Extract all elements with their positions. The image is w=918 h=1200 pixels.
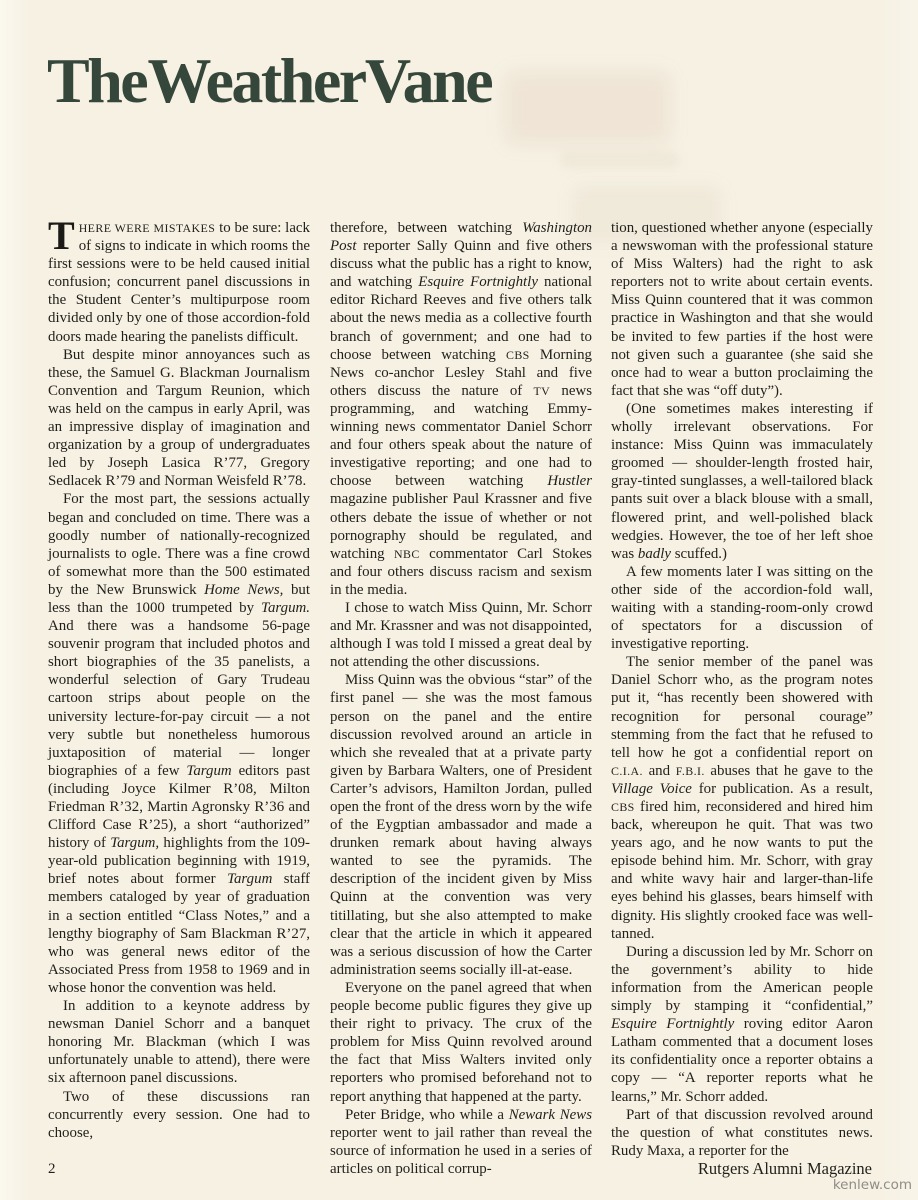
italic-run: Village Voice bbox=[611, 781, 692, 797]
text-run: But despite minor annoyances such as the… bbox=[48, 347, 310, 490]
watermark: kenlew.com bbox=[0, 1177, 912, 1193]
smallcaps-run: CBS bbox=[611, 800, 635, 814]
text-run: for publication. As a result, bbox=[692, 781, 873, 797]
text-run: abuses that he gave to the bbox=[705, 763, 873, 779]
paragraph: (One sometimes makes interesting if whol… bbox=[611, 400, 873, 563]
paragraph: Part of that discussion revolved around … bbox=[611, 1106, 873, 1160]
italic-run: Newark News bbox=[509, 1107, 592, 1123]
text-run: therefore, between watching bbox=[330, 220, 522, 236]
paragraph: Two of these discussions ran concurrentl… bbox=[48, 1088, 310, 1142]
text-run: The senior member of the panel was Danie… bbox=[611, 654, 873, 760]
paragraph: therefore, between watching Washington P… bbox=[330, 219, 592, 599]
text-column-2: therefore, between watching Washington P… bbox=[330, 219, 592, 1178]
text-run: During a discussion led by Mr. Schorr on… bbox=[611, 944, 873, 1014]
text-run: Peter Bridge, who while a bbox=[345, 1107, 509, 1123]
italic-run: badly bbox=[638, 546, 671, 562]
paragraph: Miss Quinn was the obvious “star” of the… bbox=[330, 671, 592, 979]
text-run: to be sure: lack of signs to indicate in… bbox=[48, 220, 310, 345]
paragraph: For the most part, the sessions actually… bbox=[48, 490, 310, 997]
paragraph: The senior member of the panel was Danie… bbox=[611, 653, 873, 943]
italic-run: Targum, bbox=[110, 835, 159, 851]
text-run: staff members cataloged by year of gradu… bbox=[48, 871, 310, 996]
text-run: A few moments later I was sitting on the… bbox=[611, 564, 873, 652]
paragraph: But despite minor annoyances such as the… bbox=[48, 346, 310, 491]
smallcaps-run: C.I.A. bbox=[611, 764, 643, 778]
text-run: In addition to a keynote address by news… bbox=[48, 998, 310, 1086]
text-run: Miss Quinn was the obvious “star” of the… bbox=[330, 672, 592, 978]
text-run: (One sometimes makes interesting if whol… bbox=[611, 401, 873, 562]
italic-run: Targum bbox=[227, 871, 272, 887]
magazine-name: Rutgers Alumni Magazine bbox=[0, 1159, 872, 1179]
smallcaps-run: HERE WERE MISTAKES bbox=[79, 221, 216, 235]
text-run: And there was a handsome 56-page souveni… bbox=[48, 618, 310, 779]
text-run: fired him, reconsidered and hired him ba… bbox=[611, 799, 873, 942]
text-run: Two of these discussions ran concurrentl… bbox=[48, 1089, 310, 1141]
text-column-1: THERE WERE MISTAKES to be sure: lack of … bbox=[48, 219, 310, 1142]
smallcaps-run: F.B.I. bbox=[676, 764, 705, 778]
drop-cap: T bbox=[48, 219, 79, 251]
text-run: scuffed.) bbox=[671, 546, 727, 562]
showthrough-ghost bbox=[560, 152, 680, 168]
text-run: Part of that discussion revolved around … bbox=[611, 1107, 873, 1159]
paragraph: In addition to a keynote address by news… bbox=[48, 997, 310, 1087]
page-title: The Weather Vane bbox=[47, 44, 491, 118]
paragraph: THERE WERE MISTAKES to be sure: lack of … bbox=[48, 219, 310, 346]
smallcaps-run: CBS bbox=[506, 348, 530, 362]
italic-run: Esquire Fortnightly bbox=[418, 274, 538, 290]
paragraph: Everyone on the panel agreed that when p… bbox=[330, 979, 592, 1106]
text-run: I chose to watch Miss Quinn, Mr. Schorr … bbox=[330, 600, 592, 670]
paragraph: During a discussion led by Mr. Schorr on… bbox=[611, 943, 873, 1106]
text-column-3: tion, questioned whether anyone (especia… bbox=[611, 219, 873, 1160]
magazine-page: The Weather Vane THERE WERE MISTAKES to … bbox=[0, 0, 918, 1200]
smallcaps-run: TV bbox=[533, 384, 550, 398]
showthrough-ghost bbox=[505, 72, 670, 144]
italic-run: Targum. bbox=[261, 600, 310, 616]
text-run: and bbox=[643, 763, 676, 779]
text-run: tion, questioned whether anyone (especia… bbox=[611, 220, 873, 399]
italic-run: Esquire Fortnightly bbox=[611, 1016, 734, 1032]
text-run: Everyone on the panel agreed that when p… bbox=[330, 980, 592, 1105]
paragraph: I chose to watch Miss Quinn, Mr. Schorr … bbox=[330, 599, 592, 671]
smallcaps-run: NBC bbox=[394, 547, 420, 561]
italic-run: Targum bbox=[186, 763, 231, 779]
paragraph: tion, questioned whether anyone (especia… bbox=[611, 219, 873, 400]
paragraph: A few moments later I was sitting on the… bbox=[611, 563, 873, 653]
italic-run: Hustler bbox=[547, 473, 592, 489]
italic-run: Home News, bbox=[204, 582, 283, 598]
